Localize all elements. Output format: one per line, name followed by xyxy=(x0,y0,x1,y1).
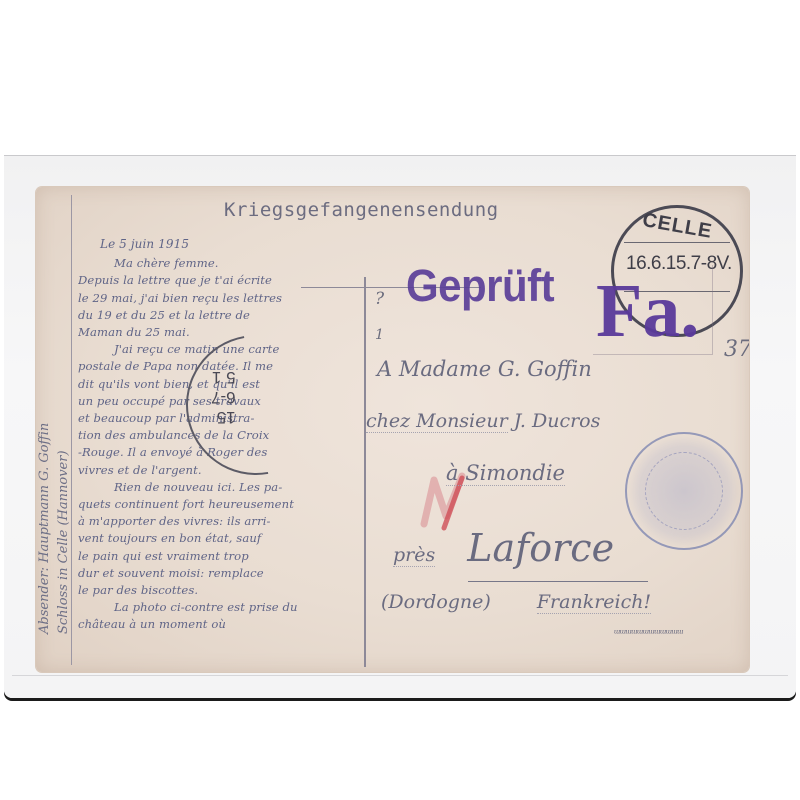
address-care-of: chez Monsieur J. Ducros xyxy=(366,410,600,432)
address-locality: à Simondie xyxy=(446,461,565,486)
censor-code: Fa. xyxy=(596,273,699,349)
letter-line: La photo ci-contre est prise du xyxy=(78,599,364,616)
town-underline xyxy=(468,581,648,582)
letter-line: du 19 et du 25 et la lettre de xyxy=(78,307,364,324)
address-town: près Laforce xyxy=(393,526,614,570)
sender-block: Absender: Hauptmann G. Goffin Schloss in… xyxy=(36,274,73,634)
sender-line-2: Schloss in Celle (Hannover) xyxy=(54,274,73,634)
letter-line: Depuis la lettre que je t'ai écrite xyxy=(78,272,364,289)
letter-line: à m'apporter des vivres: ils arri- xyxy=(78,513,364,530)
transit-postmark-date: 15 6-7 5 1 xyxy=(211,367,236,427)
care-of-name: J. Ducros xyxy=(514,410,601,432)
country: Frankreich! xyxy=(537,591,651,614)
card-header: Kriegsgefangenensendung xyxy=(224,199,499,221)
pencil-number: 37 xyxy=(724,337,749,362)
postcard: Kriegsgefangenensendung Absender: Hauptm… xyxy=(36,187,749,672)
letter-line: le par des biscottes. xyxy=(78,582,364,599)
censor-stamp: Geprüft xyxy=(406,260,554,312)
postmark-city: CELLE xyxy=(641,209,714,244)
letter-line: château à un moment où xyxy=(78,616,364,633)
address-country: (Dordogne) Frankreich! xyxy=(381,591,651,613)
divider-rule xyxy=(364,277,366,667)
postmark-bar xyxy=(624,242,730,243)
letter-line: Ma chère femme. xyxy=(78,255,364,272)
letter-line: le pain qui est vraiment trop xyxy=(78,548,364,565)
pencil-question-mark: ? xyxy=(375,289,384,309)
address-recipient: A Madame G. Goffin xyxy=(377,357,592,381)
letter-line: Rien de nouveau ici. Les pa- xyxy=(78,479,364,496)
letter-line: quets continuent fort heureusement xyxy=(78,496,364,513)
country-squiggle-underline: ᵚᵚᵚᵚᵚᵚᵚᵚᵚᵚᵚᵚ xyxy=(614,627,683,640)
region: (Dordogne) xyxy=(381,591,491,613)
cachet-inner-ring xyxy=(645,452,723,530)
sleeve-edge xyxy=(12,675,788,676)
town-prefix: près xyxy=(393,544,435,567)
photo-stage: Kriegsgefangenensendung Absender: Hauptm… xyxy=(0,0,800,800)
sender-line-1: Absender: Hauptmann G. Goffin xyxy=(36,274,54,634)
letter-line: vent toujours en bon état, sauf xyxy=(78,530,364,547)
letter-date: Le 5 juin 1915 xyxy=(78,236,364,253)
care-of-label: chez Monsieur xyxy=(366,410,508,433)
letter-line: le 29 mai, j'ai bien reçu les lettres xyxy=(78,290,364,307)
town-name: Laforce xyxy=(467,526,614,570)
letter-line: Maman du 25 mai. xyxy=(78,324,364,341)
camp-cachet xyxy=(625,432,743,550)
pencil-mark: 1 xyxy=(375,327,384,343)
letter-line: dur et souvent moisi: remplace xyxy=(78,565,364,582)
